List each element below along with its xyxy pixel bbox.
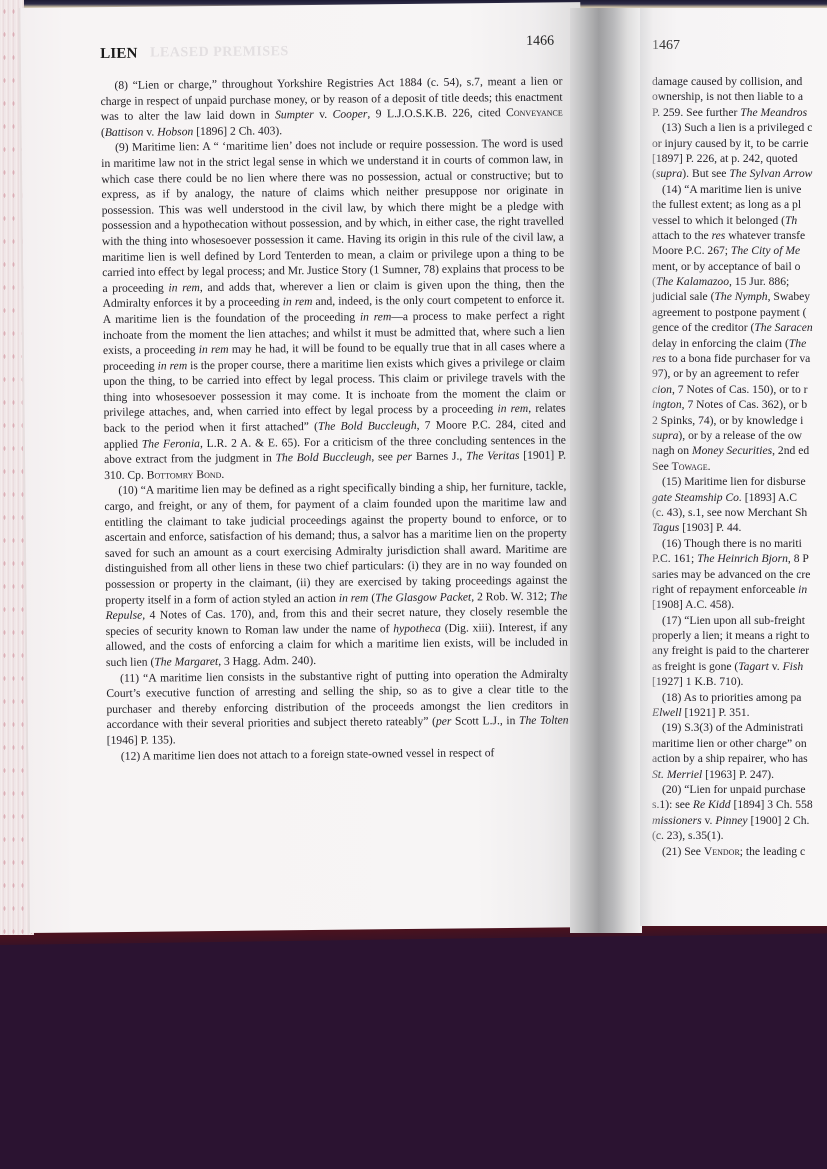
text-run: , 9 L.J.O.S.K.B. 226, cited: [367, 106, 506, 120]
italic-run: The Bold Buccleugh: [276, 451, 372, 465]
italic-run: Hobson: [157, 125, 193, 138]
text-run: (21) See: [662, 845, 704, 858]
text-run: nagh on: [652, 444, 692, 457]
text-run: ). But see: [682, 167, 729, 180]
text-run: attach to the: [652, 229, 712, 242]
italic-run: Tagus: [652, 521, 679, 534]
italic-run: The Bold Buccleugh: [318, 419, 417, 433]
book-gutter: [570, 8, 642, 933]
text-run: v.: [769, 660, 783, 673]
text-line: Moore P.C. 267; The City of Me: [652, 243, 827, 258]
text-line: properly a lien; it means a right to: [652, 628, 827, 643]
italic-run: supra: [652, 429, 678, 442]
text-run: [1908] A.C. 458).: [652, 598, 734, 611]
left-page-content: LEASED PREMISES LIEN 1466 (8) “Lien or c…: [100, 34, 569, 765]
small-caps-run: Towage: [672, 460, 708, 473]
bleed-through-heading: LEASED PREMISES: [150, 44, 289, 61]
text-run: gence of the creditor (: [652, 321, 754, 334]
italic-run: supra: [656, 167, 682, 180]
text-line: (15) Maritime lien for disburse: [652, 474, 827, 489]
text-line: (19) S.3(3) of the Administrati: [652, 720, 827, 735]
small-caps-run: Vendor: [704, 845, 740, 858]
text-run: , see: [371, 450, 396, 463]
text-line: vessel to which it belonged (Th: [652, 213, 827, 228]
text-line: (c. 43), s.1, see now Merchant Sh: [652, 505, 827, 520]
italic-run: Tagart: [738, 660, 769, 673]
text-run: [1946] P. 135).: [107, 733, 176, 747]
text-run: v.: [702, 814, 716, 827]
text-line: [1908] A.C. 458).: [652, 597, 827, 612]
text-line: attach to the res whatever transfe: [652, 228, 827, 243]
text-run: 2 Spinks, 74), or by knowledge i: [652, 414, 803, 427]
text-line: ment, or by acceptance of bail o: [652, 259, 827, 274]
page-header: LEASED PREMISES LIEN 1466: [100, 34, 562, 66]
paragraph-11: (11) “A maritime lien consists in the su…: [106, 666, 569, 748]
text-run: .: [221, 468, 224, 481]
italic-run: res: [652, 352, 666, 365]
text-run: , 7 Notes of Cas. 150), or to r: [672, 383, 808, 396]
italic-run: The City of Me: [731, 244, 800, 257]
italic-run: The Veritas: [466, 449, 520, 463]
text-line: any freight is paid to the charterer: [652, 643, 827, 658]
text-run: P.C. 161;: [652, 552, 697, 565]
text-run: agreement to postpone payment (: [652, 306, 807, 319]
text-line: agreement to postpone payment (: [652, 305, 827, 320]
text-run: See: [652, 460, 672, 473]
text-line: res to a bona fide purchaser for va: [652, 351, 827, 366]
text-run: (15) Maritime lien for disburse: [662, 475, 806, 488]
text-line: ownership, is not then liable to a: [652, 89, 827, 104]
italic-run: missioners: [652, 814, 702, 827]
text-run: (c. 43), s.1, see now Merchant Sh: [652, 506, 807, 519]
italic-run: The Glasgow Packet: [375, 590, 471, 604]
italic-run: in rem: [339, 591, 369, 604]
text-run: (12) A maritime lien does not attach to …: [121, 746, 495, 763]
text-run: delay in enforcing the claim (: [652, 337, 789, 350]
small-caps-run: Conveyance: [506, 106, 563, 120]
italic-run: Sumpter: [275, 108, 314, 121]
text-run: Scott L.J., in: [451, 714, 519, 728]
text-run: whatever transfe: [725, 229, 805, 242]
text-run: the fullest extent; as long as a pl: [652, 198, 801, 211]
text-run: damage caused by collision, and: [652, 75, 802, 88]
text-run: 97), or by an agreement to refer: [652, 367, 799, 380]
text-run: (17) “Lien upon all sub-freight: [662, 614, 805, 627]
text-line: cion, 7 Notes of Cas. 150), or to r: [652, 382, 827, 397]
text-line: St. Merriel [1963] P. 247).: [652, 767, 827, 782]
text-line: [1927] 1 K.B. 710).: [652, 674, 827, 689]
text-line: 2 Spinks, 74), or by knowledge i: [652, 413, 827, 428]
text-line: (18) As to priorities among pa: [652, 690, 827, 705]
text-line: right of repayment enforceable in: [652, 582, 827, 597]
text-line: Tagus [1903] P. 44.: [652, 520, 827, 535]
text-run: [1927] 1 K.B. 710).: [652, 675, 743, 688]
italic-run: Re Kidd: [693, 798, 731, 811]
line-list: damage caused by collision, andownership…: [652, 74, 827, 859]
italic-run: gate Steamship Co.: [652, 491, 742, 504]
text-line: P. 259. See further The Meandros: [652, 105, 827, 120]
text-run: , Swabey: [768, 290, 811, 303]
italic-run: The Saracen: [754, 321, 812, 334]
italic-run: per: [397, 450, 413, 463]
italic-run: The Sylvan Arrow: [729, 167, 812, 180]
text-line: [1897] P. 226, at p. 242, quoted: [652, 151, 827, 166]
text-run: .: [708, 460, 711, 473]
text-run: vessel to which it belonged (: [652, 214, 785, 227]
text-line: Elwell [1921] P. 351.: [652, 705, 827, 720]
italic-run: in rem: [283, 295, 313, 308]
text-run: (19) S.3(3) of the Administrati: [662, 721, 803, 734]
paragraph-8: (8) “Lien or charge,” throughout Yorkshi…: [100, 74, 563, 141]
text-line: maritime lien or other charge” on: [652, 736, 827, 751]
text-line: action by a ship repairer, who has: [652, 751, 827, 766]
text-run: right of repayment enforceable: [652, 583, 798, 596]
text-run: (10) “A maritime lien may be defined as …: [104, 480, 567, 607]
text-run: s.1): see: [652, 798, 693, 811]
italic-run: St. Merriel: [652, 768, 702, 781]
text-run: , 3 Hagg. Adm. 240).: [218, 654, 316, 668]
text-run: any freight is paid to the charterer: [652, 644, 809, 657]
text-run: properly a lien; it means a right to: [652, 629, 809, 642]
text-line: (21) See Vendor; the leading c: [652, 844, 827, 859]
text-run: (18) As to priorities among pa: [662, 691, 801, 704]
text-run: [1903] P. 44.: [679, 521, 741, 534]
text-run: [1963] P. 247).: [702, 768, 774, 781]
italic-run: Elwell: [652, 706, 682, 719]
text-run: , 15 Jur. 886;: [729, 275, 789, 288]
text-line: P.C. 161; The Heinrich Bjorn, 8 P: [652, 551, 827, 566]
text-run: (20) “Lien for unpaid purchase: [662, 783, 806, 796]
text-run: ), or by a release of the ow: [678, 429, 802, 442]
italic-run: cion: [652, 383, 672, 396]
text-run: , 2 Rob. W. 312;: [471, 589, 550, 603]
italic-run: per: [436, 715, 452, 728]
italic-run: The Feronia: [142, 437, 200, 451]
italic-run: The Kalamazoo: [656, 275, 729, 288]
text-run: (13) Such a lien is a privileged c: [662, 121, 812, 134]
italic-run: The Meandros: [740, 106, 807, 119]
text-run: saries may be advanced on the cre: [652, 568, 810, 581]
paragraph-list: (8) “Lien or charge,” throughout Yorkshi…: [100, 74, 569, 765]
running-head: LIEN: [100, 46, 138, 63]
italic-run: The Margaret: [154, 655, 218, 669]
text-line: 97), or by an agreement to refer: [652, 366, 827, 381]
text-run: [1896] 2 Ch. 403).: [193, 124, 282, 138]
italic-run: ington: [652, 398, 682, 411]
text-run: [1921] P. 351.: [682, 706, 750, 719]
italic-run: Money Securities: [692, 444, 772, 457]
text-line: damage caused by collision, and: [652, 74, 827, 89]
italic-run: The Tolten: [519, 714, 569, 727]
text-run: as freight is gone (: [652, 660, 738, 673]
italic-run: Th: [785, 214, 797, 227]
text-line: gate Steamship Co. [1893] A.C: [652, 490, 827, 505]
italic-run: in: [798, 583, 807, 596]
text-line: delay in enforcing the claim (The: [652, 336, 827, 351]
text-run: ownership, is not then liable to a: [652, 90, 803, 103]
page-number: 1466: [526, 34, 554, 50]
text-run: (9) Maritime lien: A “ ‘maritime lien’ d…: [101, 137, 564, 295]
text-run: v.: [314, 108, 333, 121]
text-run: [1900] 2 Ch.: [748, 814, 810, 827]
text-run: ment, or by acceptance of bail o: [652, 260, 800, 273]
italic-run: The: [789, 337, 806, 350]
italic-run: in rem: [158, 359, 188, 372]
italic-run: in rem: [360, 310, 391, 323]
italic-run: Cooper: [333, 108, 368, 121]
text-line: judicial sale (The Nymph, Swabey: [652, 289, 827, 304]
text-run: action by a ship repairer, who has: [652, 752, 808, 765]
text-line: (c. 23), s.35(1).: [652, 828, 827, 843]
text-line: gence of the creditor (The Saracen: [652, 320, 827, 335]
text-run: [1897] P. 226, at p. 242, quoted: [652, 152, 798, 165]
text-run: maritime lien or other charge” on: [652, 737, 807, 750]
text-run: [1893] A.C: [742, 491, 797, 504]
text-line: nagh on Money Securities, 2nd ed: [652, 443, 827, 458]
text-line: (17) “Lien upon all sub-freight: [652, 613, 827, 628]
paragraph-10: (10) “A maritime lien may be defined as …: [104, 479, 568, 671]
italic-run: in rem: [199, 343, 229, 356]
text-run: (16) Though there is no mariti: [662, 537, 802, 550]
small-caps-run: Bottomry Bond: [147, 468, 222, 482]
italic-run: Fish: [783, 660, 804, 673]
text-line: See Towage.: [652, 459, 827, 474]
text-run: ; the leading c: [740, 845, 805, 858]
text-run: v.: [143, 125, 157, 138]
text-run: , 8 P: [788, 552, 809, 565]
italic-run: in rem: [168, 281, 199, 294]
right-page-content: 1467 damage caused by collision, andowne…: [652, 38, 827, 859]
text-run: or injury caused by it, to be carrie: [652, 137, 808, 150]
text-line: or injury caused by it, to be carrie: [652, 136, 827, 151]
text-line: (13) Such a lien is a privileged c: [652, 120, 827, 135]
page-number: 1467: [652, 38, 827, 74]
italic-run: The Heinrich Bjorn: [697, 552, 788, 565]
text-line: as freight is gone (Tagart v. Fish: [652, 659, 827, 674]
text-line: (16) Though there is no mariti: [652, 536, 827, 551]
text-run: (14) “A maritime lien is unive: [662, 183, 801, 196]
text-line: saries may be advanced on the cre: [652, 567, 827, 582]
text-line: missioners v. Pinney [1900] 2 Ch.: [652, 813, 827, 828]
text-run: judicial sale (: [652, 290, 714, 303]
italic-run: res: [712, 229, 726, 242]
text-run: Barnes J.,: [412, 450, 466, 464]
italic-run: Pinney: [715, 814, 747, 827]
text-run: P. 259. See further: [652, 106, 740, 119]
text-run: , 7 Notes of Cas. 362), or b: [682, 398, 808, 411]
paragraph-9: (9) Maritime lien: A “ ‘maritime lien’ d…: [101, 136, 566, 483]
text-run: Moore P.C. 267;: [652, 244, 731, 257]
text-line: (supra). But see The Sylvan Arrow: [652, 166, 827, 181]
italic-run: The Nymph: [714, 290, 767, 303]
text-line: ington, 7 Notes of Cas. 362), or b: [652, 397, 827, 412]
text-line: the fullest extent; as long as a pl: [652, 197, 827, 212]
text-line: s.1): see Re Kidd [1894] 3 Ch. 558: [652, 797, 827, 812]
text-run: , 2nd ed: [772, 444, 809, 457]
text-run: (c. 23), s.35(1).: [652, 829, 723, 842]
text-run: [1894] 3 Ch. 558: [731, 798, 813, 811]
text-line: supra), or by a release of the ow: [652, 428, 827, 443]
text-line: (20) “Lien for unpaid purchase: [652, 782, 827, 797]
italic-run: Battison: [105, 125, 144, 138]
text-line: (The Kalamazoo, 15 Jur. 886;: [652, 274, 827, 289]
italic-run: hypotheca: [393, 622, 441, 635]
italic-run: in rem: [497, 402, 528, 415]
text-line: (14) “A maritime lien is unive: [652, 182, 827, 197]
text-run: to a bona fide purchaser for va: [666, 352, 811, 365]
